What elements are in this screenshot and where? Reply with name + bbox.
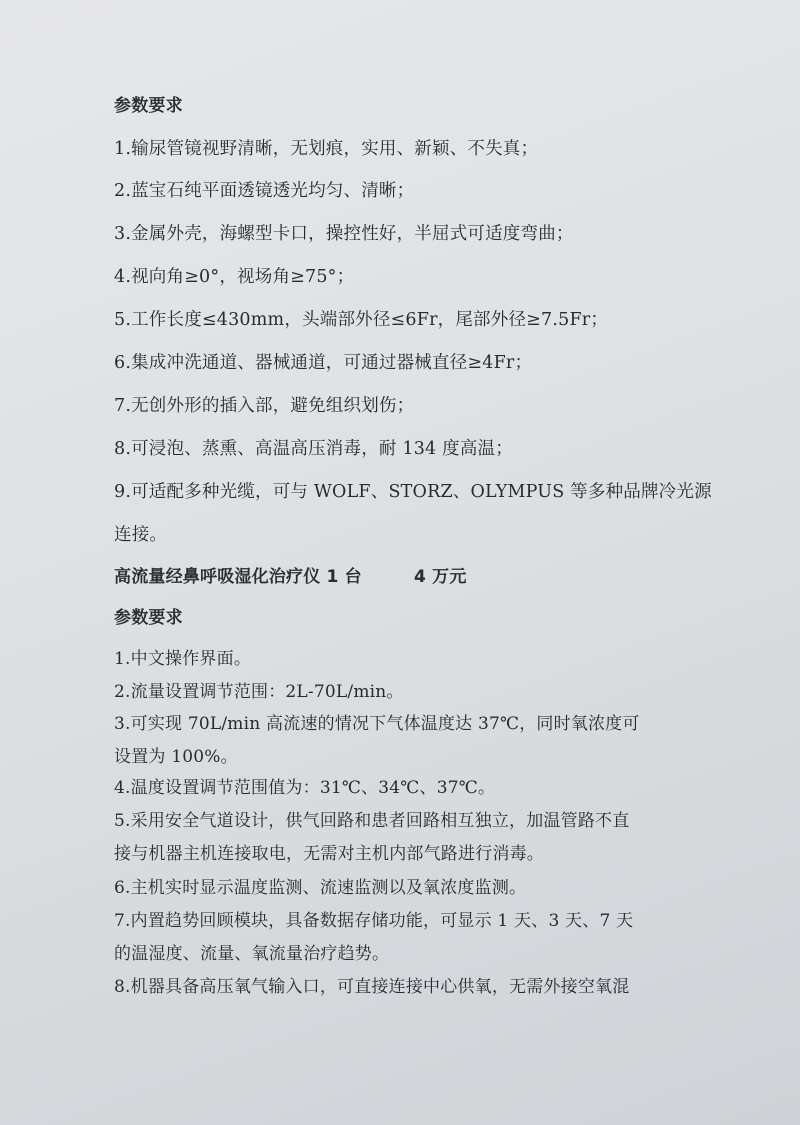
section1-item-4: 4.视向角≥0°，视场角≥75°； <box>114 266 354 288</box>
section1-item-7: 7.无创外形的插入部，避免组织划伤； <box>114 395 414 417</box>
section1-heading: 参数要求 <box>114 95 183 117</box>
section2-item-8: 8.机器具备高压氧气输入口，可直接连接中心供氧，无需外接空氧混 <box>114 976 629 998</box>
section1-item-5: 5.工作长度≤430mm，头端部外径≤6Fr，尾部外径≥7.5Fr； <box>114 309 608 331</box>
section1-item-3: 3.金属外壳，海螺型卡口，操控性好，半屈式可适度弯曲； <box>114 223 574 245</box>
section1-item-1: 1.输尿管镜视野清晰，无划痕，实用、新颖、不失真； <box>114 138 538 160</box>
section2-item-5: 5.采用安全气道设计，供气回路和患者回路相互独立，加温管路不直 <box>114 810 629 832</box>
section2-item-7-continued: 的温湿度、流量、氧流量治疗趋势。 <box>114 943 389 965</box>
document-page: 参数要求 1.输尿管镜视野清晰，无划痕，实用、新颖、不失真； 2.蓝宝石纯平面透… <box>0 0 800 1125</box>
section2-item-1: 1.中文操作界面。 <box>114 648 251 670</box>
section2-item-2: 2.流量设置调节范围：2L-70L/min。 <box>114 681 404 703</box>
item2-title-row: 高流量经鼻呼吸湿化治疗仪 1 台 4 万元 <box>114 566 467 588</box>
section2-item-5-continued: 接与机器主机连接取电，无需对主机内部气路进行消毒。 <box>114 843 544 865</box>
section2-item-7: 7.内置趋势回顾模块，具备数据存储功能，可显示 1 天、3 天、7 天 <box>114 910 633 932</box>
section2-item-6: 6.主机实时显示温度监测、流速监测以及氧浓度监测。 <box>114 877 526 899</box>
section2-item-4: 4.温度设置调节范围值为：31℃、34℃、37℃。 <box>114 777 495 799</box>
section2-item-3: 3.可实现 70L/min 高流速的情况下气体温度达 37℃，同时氧浓度可 <box>114 713 640 735</box>
section1-item-6: 6.集成冲洗通道、器械通道，可通过器械直径≥4Fr； <box>114 352 532 374</box>
item2-price: 4 万元 <box>414 566 467 588</box>
section2-heading: 参数要求 <box>114 607 183 629</box>
section1-item-2: 2.蓝宝石纯平面透镜透光均匀、清晰； <box>114 180 414 202</box>
section1-item-9-continued: 连接。 <box>114 524 167 546</box>
section1-item-9: 9.可适配多种光缆，可与 WOLF、STORZ、OLYMPUS 等多种品牌冷光源 <box>114 481 712 503</box>
section2-item-3-continued: 设置为 100%。 <box>114 746 238 768</box>
section1-item-8: 8.可浸泡、蒸熏、高温高压消毒，耐 134 度高温； <box>114 438 513 460</box>
item2-title: 高流量经鼻呼吸湿化治疗仪 1 台 <box>114 567 362 587</box>
